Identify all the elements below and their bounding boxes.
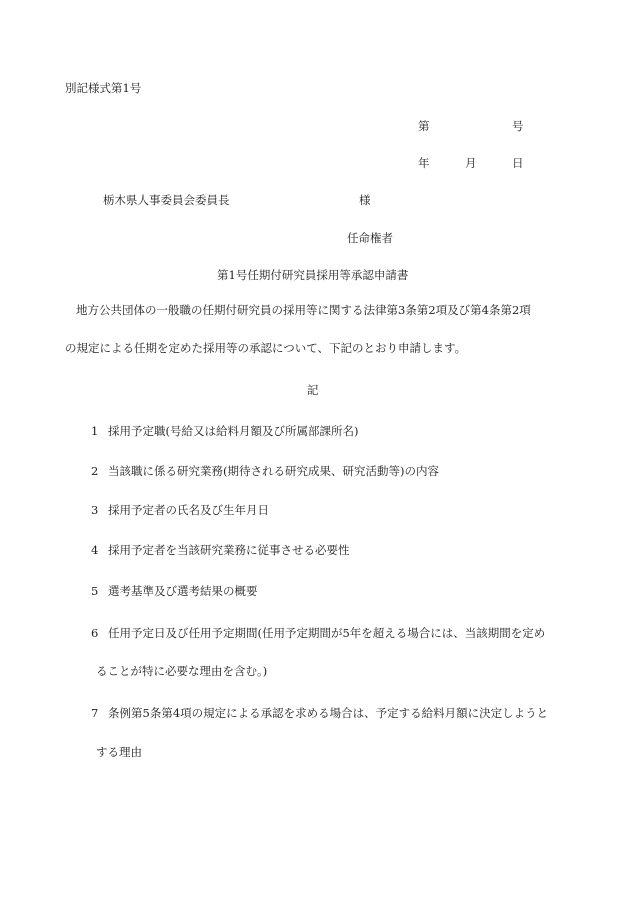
document-number-prefix: 第 <box>418 119 430 133</box>
list-item-number: 5 <box>91 584 98 598</box>
list-item-number: 7 <box>91 706 98 720</box>
document-number-suffix: 号 <box>512 119 524 133</box>
list-item: 採用予定職(号給又は給料月額及び所属部課所名) <box>108 424 358 438</box>
list-item-number: 6 <box>91 626 98 640</box>
honorific: 様 <box>359 193 371 207</box>
date-month-label: 月 <box>465 156 477 170</box>
list-item: 選考基準及び選考結果の概要 <box>108 584 258 598</box>
list-item: 当該職に係る研究業務(期待される研究成果、研究活動等)の内容 <box>108 464 439 478</box>
list-item-number: 1 <box>91 424 98 438</box>
list-item-number: 2 <box>91 464 98 478</box>
body-text-line-2: の規定による任期を定めた採用等の承認について、下記のとおり申請します。 <box>65 341 466 355</box>
date-day-label: 日 <box>512 156 524 170</box>
list-item-number: 4 <box>91 543 98 557</box>
list-item: 条例第5条第4項の規定による承認を求める場合は、予定する給料月額に決定しようと <box>108 706 548 720</box>
list-item-number: 3 <box>91 503 98 517</box>
list-item: 採用予定者の氏名及び生年月日 <box>108 503 269 517</box>
list-item-continuation: する理由 <box>96 745 142 759</box>
addressee: 栃木県人事委員会委員長 <box>103 193 230 207</box>
list-item-continuation: ることが特に必要な理由を含む。) <box>96 664 267 678</box>
list-item: 任用予定日及び任用予定期間(任用予定期間が5年を超える場合には、当該期間を定め <box>108 626 545 640</box>
document-title: 第1号任期付研究員採用等承認申請書 <box>217 268 408 282</box>
date-year-label: 年 <box>418 156 430 170</box>
body-text-line-1: 地方公共団体の一般職の任期付研究員の採用等に関する法律第3条第2項及び第4条第2… <box>76 303 531 317</box>
form-number: 別記様式第1号 <box>65 81 141 95</box>
appointing-authority: 任命権者 <box>347 231 393 245</box>
ki-heading: 記 <box>307 383 319 397</box>
list-item: 採用予定者を当該研究業務に従事させる必要性 <box>108 543 350 557</box>
